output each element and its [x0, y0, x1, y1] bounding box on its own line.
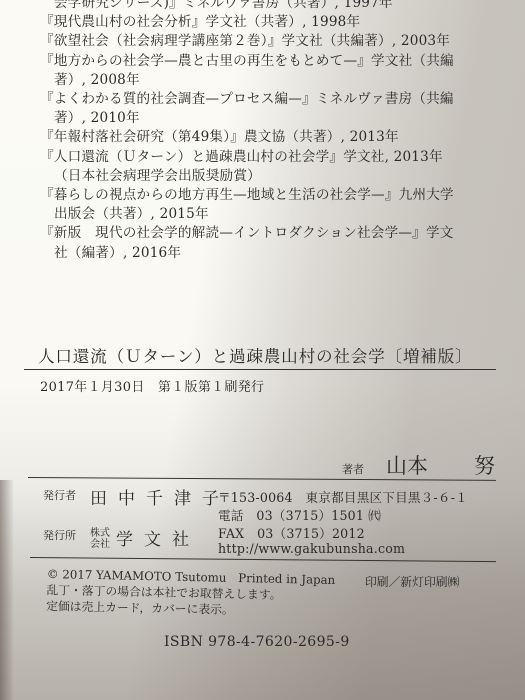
bib-line: 著）, 2008年 [40, 71, 510, 90]
bib-entry: 『よくわかる質的社会調査—プロセス編—』ミネルヴァ書房（共編著）, 2010年 [40, 90, 510, 128]
colophon-notes: © 2017 YAMAMOTO Tsutomu Printed in Japan… [46, 566, 335, 620]
bib-entry: 『現代農山村の社会分析』学文社（共著）, 1998年 [40, 13, 510, 32]
bib-entry: 『人口還流（Ｕターン）と過疎農山村の社会学』学文社, 2013年（日本社会病理学… [40, 148, 510, 186]
bib-entry: 『欲望社会（社会病理学講座第２巻）』学文社（共編著）, 2003年 [40, 32, 510, 51]
page-edge-shadow [0, 480, 14, 700]
author-surname: 山本 [386, 454, 428, 478]
bib-entry: 『暮らしの視点からの地方再生—地域と生活の社会学—』九州大学出版会（共著）, 2… [40, 186, 510, 224]
website-url[interactable]: http://www.gakubunsha.com [218, 541, 405, 556]
printer-credit: 印刷／新灯印刷㈱ [365, 573, 459, 590]
fax-number: FAX 03（3715）2012 [218, 523, 365, 542]
author-bibliography: 会学研究シリーズ)』ミネルヴァ書房（共著）, 1997年 『現代農山村の社会分析… [40, 0, 510, 263]
bib-entry: 『地方からの社会学—農と古里の再生をもとめて—』学文社（共編著）, 2008年 [40, 52, 510, 90]
bib-line: 出版会（共著）, 2015年 [40, 205, 510, 224]
bib-line: 『現代農山村の社会分析』学文社（共著）, 1998年 [40, 14, 360, 30]
corp-prefix: 株式会社 [90, 529, 110, 550]
bib-line: （日本社会病理学会出版奨励賞） [40, 167, 510, 186]
colophon-title-block: 人口還流（Ｕターン）と過疎農山村の社会学〔増補版〕 [38, 343, 498, 367]
bib-entry: 『年報村落社会研究（第49集）』農文協（共著）, 2013年 [40, 128, 510, 147]
author-row: 著者 山本努 [342, 450, 495, 480]
bib-line: 『新版 現代の社会学的解読—イントロダクション社会学—』学文 [40, 225, 454, 241]
author-label: 著者 [342, 461, 364, 477]
bib-line: 『よくわかる質的社会調査—プロセス編—』ミネルヴァ書房（共編 [40, 91, 454, 107]
bib-line: 『年報村落社会研究（第49集）』農文協（共著）, 2013年 [40, 129, 399, 145]
bib-line: 社（編著）, 2016年 [40, 244, 510, 263]
address-rule [30, 557, 496, 562]
bib-line: 『欲望社会（社会病理学講座第２巻）』学文社（共編著）, 2003年 [40, 33, 450, 49]
bib-line: 『地方からの社会学—農と古里の再生をもとめて—』学文社（共編 [40, 53, 454, 69]
publisher-company-label: 発行所 [43, 527, 76, 543]
bib-entry: 会学研究シリーズ)』ミネルヴァ書房（共著）, 1997年 [40, 0, 510, 13]
bib-line: 『暮らしの視点からの地方再生—地域と生活の社会学—』九州大学 [40, 187, 454, 203]
corp-prefix-line: 株式 [90, 528, 110, 539]
book-title: 人口還流（Ｕターン）と過疎農山村の社会学〔増補版〕 [38, 343, 498, 367]
publisher-person-label: 発行者 [43, 487, 76, 503]
publisher-person-name: 田中千津子 [90, 484, 230, 509]
bib-line: 会学研究シリーズ)』ミネルヴァ書房（共著）, 1997年 [40, 0, 510, 13]
title-rule [24, 369, 496, 370]
postal-address: 〒153-0064 東京都目黒区下目黒３-６-１ [218, 487, 468, 506]
edition-date: 2017年１月30日 第１版第１刷発行 [40, 376, 264, 395]
phone-number: 電話 03（3715）1501 ㈹ [218, 505, 381, 524]
bib-entry: 『新版 現代の社会学的解読—イントロダクション社会学—』学文社（編著）, 201… [40, 224, 510, 262]
author-given-name: 努 [474, 454, 495, 478]
bib-line: 著）, 2010年 [40, 109, 510, 128]
bib-line: 『人口還流（Ｕターン）と過疎農山村の社会学』学文社, 2013年 [40, 149, 443, 165]
corp-prefix-line: 会社 [90, 539, 110, 550]
publisher-company-name: 学文社 [116, 525, 200, 550]
isbn: ISBN 978-4-7620-2695-9 [164, 634, 350, 650]
author-name: 山本努 [386, 450, 495, 480]
